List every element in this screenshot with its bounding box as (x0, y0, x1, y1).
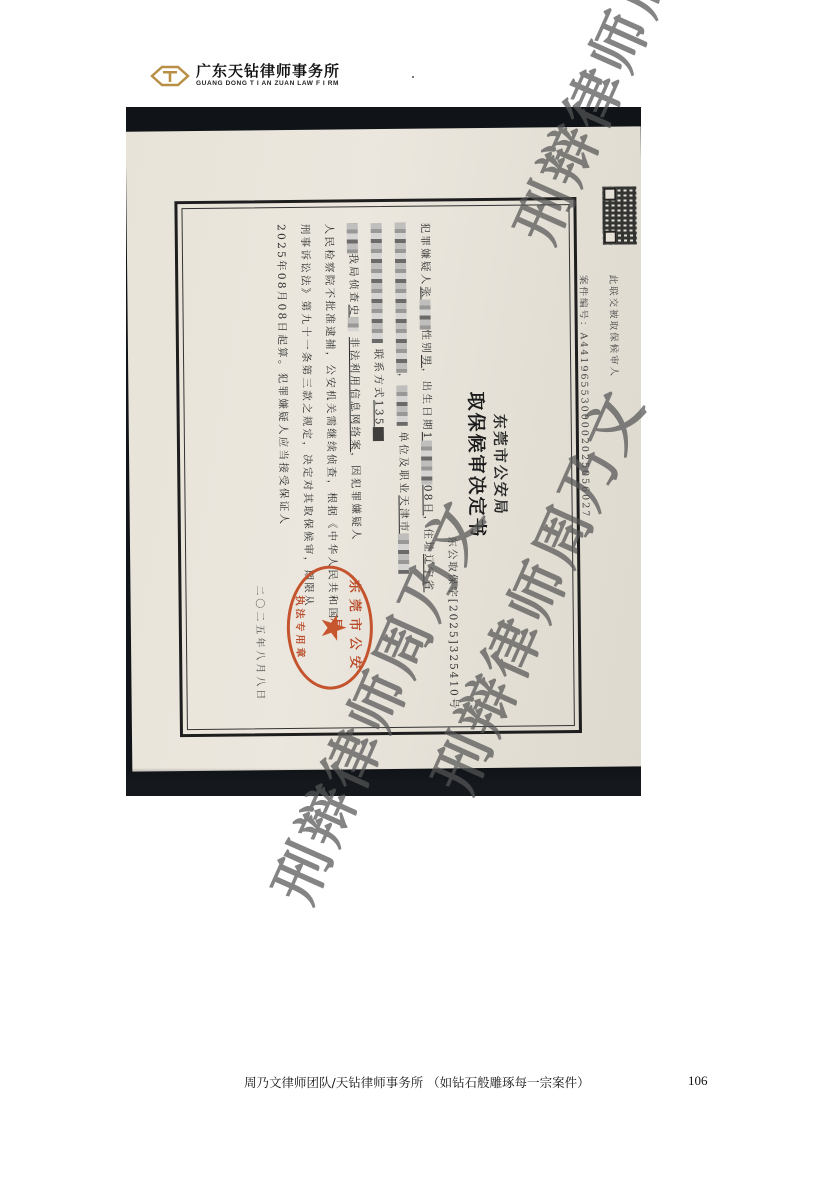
official-seal: 东莞市公安局 ★ 执法专用章 (286, 565, 373, 690)
diamond-t-logo-icon (150, 65, 190, 87)
header-dot (412, 76, 414, 78)
document-number: 东公取保字[2025]325410号 (445, 536, 462, 710)
paper-sheet: 东莞市公安局 取保候审决定书 东公取保字[2025]325410号 犯罪嫌疑人张… (126, 126, 641, 771)
case-number: 案件编号：A4419655300002025056027 (577, 275, 594, 518)
doc-line-3: 联系方式135 (370, 223, 390, 713)
doc-line-1: 犯罪嫌疑人张性别男，出生日期108日，住址辽宁省 (418, 223, 438, 713)
copy-note: 此联交被取保候审人 (607, 275, 622, 379)
doc-line-2: ， 单位及职业天津市 (394, 223, 414, 713)
page-footer: 周乃文律师团队/天钻律师事务所 （如钻石般雕琢每一宗案件） (244, 1073, 590, 1091)
document-body: 东莞市公安局 取保候审决定书 东公取保字[2025]325410号 犯罪嫌疑人张… (182, 207, 569, 725)
page-number: 106 (688, 1073, 708, 1089)
firm-name-en: GUANG DONG T I AN ZUAN LAW F I RM (196, 81, 340, 88)
photo-background (126, 768, 641, 796)
firm-header: 广东天钻律师事务所 GUANG DONG T I AN ZUAN LAW F I… (150, 62, 340, 90)
outside-frame-text: 此联交被取保候审人 案件编号：A4419655300002025056027 (563, 274, 641, 796)
document-title: 取保候审决定书 (461, 208, 493, 722)
star-icon: ★ (316, 612, 350, 643)
issue-date: 二〇二五年八月八日 (253, 585, 269, 702)
firm-name-cn: 广东天钻律师事务所 (196, 64, 340, 79)
document-photo: 东莞市公安局 取保候审决定书 东公取保字[2025]325410号 犯罪嫌疑人张… (126, 107, 641, 796)
qr-code-icon (602, 186, 637, 244)
